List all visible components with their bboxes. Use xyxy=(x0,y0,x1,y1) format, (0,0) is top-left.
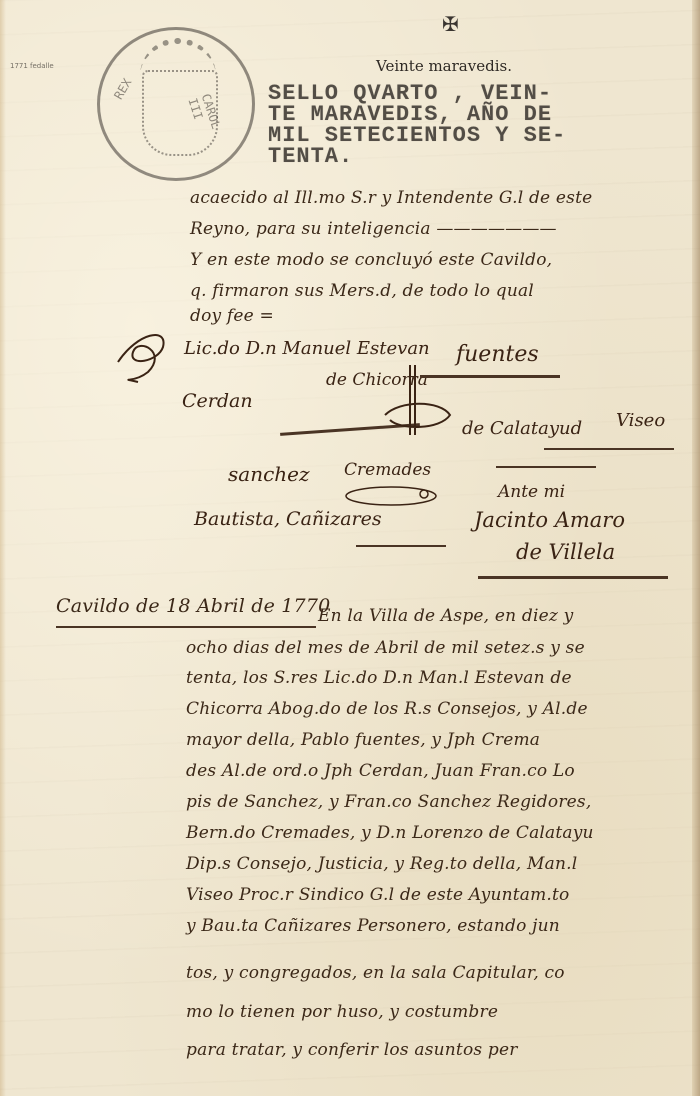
text-line: Bern.do Cremades, y D.n Lorenzo de Calat… xyxy=(186,823,594,843)
signature-de-villela: de Villela xyxy=(516,540,615,564)
signature-underline xyxy=(496,466,596,468)
signature-sanchez: sanchez xyxy=(228,462,310,486)
text-line: pis de Sanchez, y Fran.co Sanchez Regido… xyxy=(186,792,591,812)
stamp-line: TENTA. xyxy=(268,146,698,167)
seal-legend-left: REX xyxy=(111,76,134,102)
seal-legend: REX CAROL III xyxy=(100,30,252,178)
stamp-line: TE MARAVEDIS, AÑO DE xyxy=(268,104,698,125)
text-line: Reyno, para su inteligencia ——————— xyxy=(190,219,557,239)
signature-manuel-estevan: Lic.do D.n Manuel Estevan xyxy=(184,338,430,359)
text-line: Chicorra Abog.do de los R.s Consejos, y … xyxy=(186,699,588,719)
text-line: para tratar, y conferir los asuntos per xyxy=(186,1040,518,1060)
text-line: des Al.de ord.o Jph Cerdan, Juan Fran.co… xyxy=(186,761,575,781)
signature-bautista-canizares: Bautista, Cañizares xyxy=(194,508,382,530)
text-line: acaecido al Ill.mo S.r y Intendente G.l … xyxy=(190,188,592,208)
text-line: tenta, los S.res Lic.do D.n Man.l Esteva… xyxy=(186,668,572,688)
text-line: Dip.s Consejo, Justicia, y Reg.to della,… xyxy=(186,854,577,874)
signature-viseo: Viseo xyxy=(616,410,665,431)
text-line: doy fee = xyxy=(190,306,274,326)
signature-underline xyxy=(478,576,668,579)
entry-heading: Cavildo de 18 Abril de 1770 xyxy=(56,595,330,617)
stamp-value-text: Veinte maravedis. xyxy=(376,57,512,75)
text-line: mo lo tienen por huso, y costumbre xyxy=(186,1002,498,1022)
manuscript-page: 1771 fedalle REX CAROL III ✠ Veinte mara… xyxy=(0,0,700,1096)
signature-ante-mi: Ante mi xyxy=(498,482,565,502)
text-line: Y en este modo se concluyó este Cavildo, xyxy=(190,250,552,270)
signature-underline xyxy=(544,448,674,450)
text-line: En la Villa de Aspe, en diez y xyxy=(318,606,573,626)
stamp-line: SELLO QVARTO , VEIN- xyxy=(268,83,698,104)
cross-ornament-icon: ✠ xyxy=(442,12,459,36)
royal-seal-stamp: REX CAROL III xyxy=(97,27,255,181)
seal-legend-right: CAROL III xyxy=(185,92,224,139)
heading-underline xyxy=(56,626,316,628)
text-line: y Bau.ta Cañizares Personero, estando ju… xyxy=(186,916,560,936)
text-line: ocho dias del mes de Abril de mil setez.… xyxy=(186,638,585,658)
signature-jacinto-amaro: Jacinto Amaro xyxy=(474,508,625,532)
rubric-flourish-icon xyxy=(108,322,178,392)
signature-de-calatayud: de Calatayud xyxy=(462,418,582,439)
rubric-flourish-icon xyxy=(380,360,460,440)
signature-underline xyxy=(356,545,446,547)
margin-note: 1771 fedalle xyxy=(10,62,54,70)
text-line: tos, y congregados, en la sala Capitular… xyxy=(186,963,565,983)
text-line: Viseo Proc.r Sindico G.l de este Ayuntam… xyxy=(186,885,570,905)
signature-fuentes: fuentes xyxy=(456,342,539,367)
stamp-line: MIL SETECIENTOS Y SE- xyxy=(268,125,698,146)
text-line: q. firmaron sus Mers.d, de todo lo qual xyxy=(190,281,534,301)
page-left-edge xyxy=(0,0,6,1096)
text-line: mayor della, Pablo fuentes, y Jph Crema xyxy=(186,730,540,750)
stamp-text-block: SELLO QVARTO , VEIN- TE MARAVEDIS, AÑO D… xyxy=(268,83,698,167)
signature-cerdan: Cerdan xyxy=(182,390,253,412)
signature-cremades: Cremades xyxy=(344,460,431,480)
